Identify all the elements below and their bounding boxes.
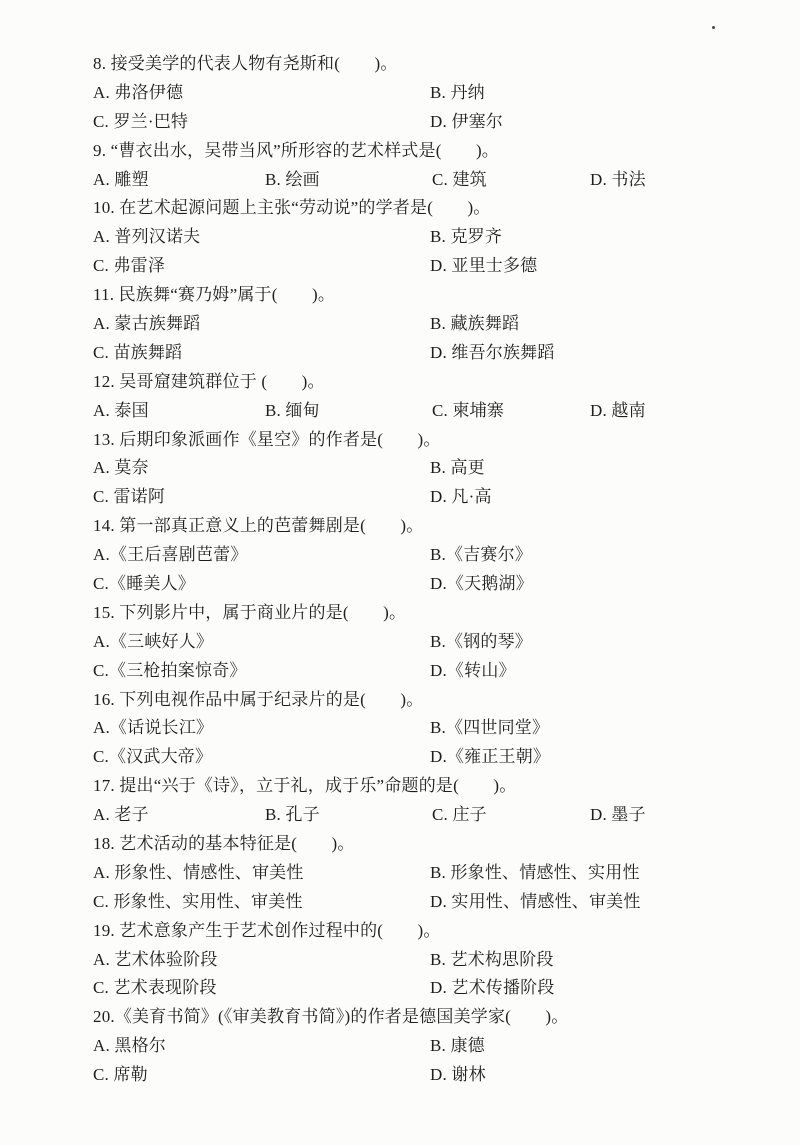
option-d: D. 墨子 [590, 800, 753, 825]
option-d: D.《天鹅湖》 [430, 569, 753, 594]
exam-page: 8. 接受美学的代表人物有尧斯和( )。 A. 弗洛伊德 B. 丹纳 C. 罗兰… [0, 0, 800, 1145]
question-stem: 19. 艺术意象产生于艺术创作过程中的( )。 [93, 916, 753, 941]
question-13: 13. 后期印象派画作《星空》的作者是( )。 A. 莫奈 B. 高更 C. 雷… [93, 423, 753, 510]
option-b: B. 艺术构思阶段 [430, 945, 753, 970]
question-15: 15. 下列影片中，属于商业片的是( )。 A.《三峡好人》 B.《钢的琴》 C… [93, 596, 753, 683]
option-c: C. 弗雷泽 [93, 251, 430, 276]
question-stem: 9. “曹衣出水，吴带当风”所形容的艺术样式是( )。 [93, 136, 753, 161]
option-a: A. 莫奈 [93, 453, 430, 478]
option-d: D. 实用性、情感性、审美性 [430, 887, 753, 912]
option-c: C. 苗族舞蹈 [93, 338, 430, 363]
scan-speck [712, 26, 715, 29]
option-d: D. 谢林 [430, 1060, 753, 1085]
option-d: D. 书法 [590, 165, 753, 190]
question-list: 8. 接受美学的代表人物有尧斯和( )。 A. 弗洛伊德 B. 丹纳 C. 罗兰… [93, 47, 753, 1087]
option-a: A. 形象性、情感性、审美性 [93, 858, 430, 883]
question-stem: 15. 下列影片中，属于商业片的是( )。 [93, 598, 753, 623]
option-a: A.《三峡好人》 [93, 627, 430, 652]
question-9: 9. “曹衣出水，吴带当风”所形容的艺术样式是( )。 A. 雕塑 B. 绘画 … [93, 134, 753, 192]
question-14: 14. 第一部真正意义上的芭蕾舞剧是( )。 A.《王后喜剧芭蕾》 B.《吉赛尔… [93, 509, 753, 596]
option-c: C. 雷诺阿 [93, 482, 430, 507]
question-16: 16. 下列电视作品中属于纪录片的是( )。 A.《话说长江》 B.《四世同堂》… [93, 683, 753, 770]
option-c: C.《睡美人》 [93, 569, 430, 594]
question-8: 8. 接受美学的代表人物有尧斯和( )。 A. 弗洛伊德 B. 丹纳 C. 罗兰… [93, 47, 753, 134]
option-a: A.《王后喜剧芭蕾》 [93, 540, 430, 565]
question-stem: 14. 第一部真正意义上的芭蕾舞剧是( )。 [93, 511, 753, 536]
option-b: B.《吉赛尔》 [430, 540, 753, 565]
option-c: C. 席勒 [93, 1060, 430, 1085]
question-12: 12. 吴哥窟建筑群位于 ( )。 A. 泰国 B. 缅甸 C. 柬埔寨 D. … [93, 365, 753, 423]
question-11: 11. 民族舞“赛乃姆”属于( )。 A. 蒙古族舞蹈 B. 藏族舞蹈 C. 苗… [93, 278, 753, 365]
option-d: D. 越南 [590, 396, 753, 421]
question-20: 20.《美育书简》(《审美教育书简》)的作者是德国美学家( )。 A. 黑格尔 … [93, 1000, 753, 1087]
option-a: A. 雕塑 [93, 165, 265, 190]
option-c: C. 形象性、实用性、审美性 [93, 887, 430, 912]
question-stem: 17. 提出“兴于《诗》，立于礼，成于乐”命题的是( )。 [93, 771, 753, 796]
question-stem: 12. 吴哥窟建筑群位于 ( )。 [93, 367, 753, 392]
option-d: D. 艺术传播阶段 [430, 973, 753, 998]
question-10: 10. 在艺术起源问题上主张“劳动说”的学者是( )。 A. 普列汉诺夫 B. … [93, 191, 753, 278]
option-a: A. 泰国 [93, 396, 265, 421]
question-stem: 11. 民族舞“赛乃姆”属于( )。 [93, 280, 753, 305]
option-b: B. 藏族舞蹈 [430, 309, 753, 334]
question-stem: 8. 接受美学的代表人物有尧斯和( )。 [93, 49, 753, 74]
option-b: B. 孔子 [265, 800, 432, 825]
option-c: C.《三枪拍案惊奇》 [93, 656, 430, 681]
option-a: A. 弗洛伊德 [93, 78, 430, 103]
question-stem: 20.《美育书简》(《审美教育书简》)的作者是德国美学家( )。 [93, 1002, 753, 1027]
question-stem: 13. 后期印象派画作《星空》的作者是( )。 [93, 425, 753, 450]
option-b: B. 康德 [430, 1031, 753, 1056]
option-d: D. 伊塞尔 [430, 107, 753, 132]
option-b: B. 高更 [430, 453, 753, 478]
option-d: D. 凡·高 [430, 482, 753, 507]
option-d: D.《雍正王朝》 [430, 742, 753, 767]
option-b: B. 缅甸 [265, 396, 432, 421]
option-b: B. 克罗齐 [430, 222, 753, 247]
option-b: B. 丹纳 [430, 78, 753, 103]
question-stem: 16. 下列电视作品中属于纪录片的是( )。 [93, 685, 753, 710]
option-b: B.《钢的琴》 [430, 627, 753, 652]
option-a: A. 老子 [93, 800, 265, 825]
question-19: 19. 艺术意象产生于艺术创作过程中的( )。 A. 艺术体验阶段 B. 艺术构… [93, 914, 753, 1001]
option-c: C. 罗兰·巴特 [93, 107, 430, 132]
option-a: A. 普列汉诺夫 [93, 222, 430, 247]
option-d: D.《转山》 [430, 656, 753, 681]
question-stem: 18. 艺术活动的基本特征是( )。 [93, 829, 753, 854]
option-a: A. 黑格尔 [93, 1031, 430, 1056]
option-b: B. 形象性、情感性、实用性 [430, 858, 753, 883]
question-18: 18. 艺术活动的基本特征是( )。 A. 形象性、情感性、审美性 B. 形象性… [93, 827, 753, 914]
question-17: 17. 提出“兴于《诗》，立于礼，成于乐”命题的是( )。 A. 老子 B. 孔… [93, 769, 753, 827]
option-c: C. 柬埔寨 [432, 396, 590, 421]
option-c: C. 艺术表现阶段 [93, 973, 430, 998]
option-c: C. 建筑 [432, 165, 590, 190]
option-b: B. 绘画 [265, 165, 432, 190]
option-a: A. 蒙古族舞蹈 [93, 309, 430, 334]
option-b: B.《四世同堂》 [430, 713, 753, 738]
option-c: C. 庄子 [432, 800, 590, 825]
option-a: A. 艺术体验阶段 [93, 945, 430, 970]
option-d: D. 维吾尔族舞蹈 [430, 338, 753, 363]
option-a: A.《话说长江》 [93, 713, 430, 738]
option-c: C.《汉武大帝》 [93, 742, 430, 767]
question-stem: 10. 在艺术起源问题上主张“劳动说”的学者是( )。 [93, 193, 753, 218]
option-d: D. 亚里士多德 [430, 251, 753, 276]
